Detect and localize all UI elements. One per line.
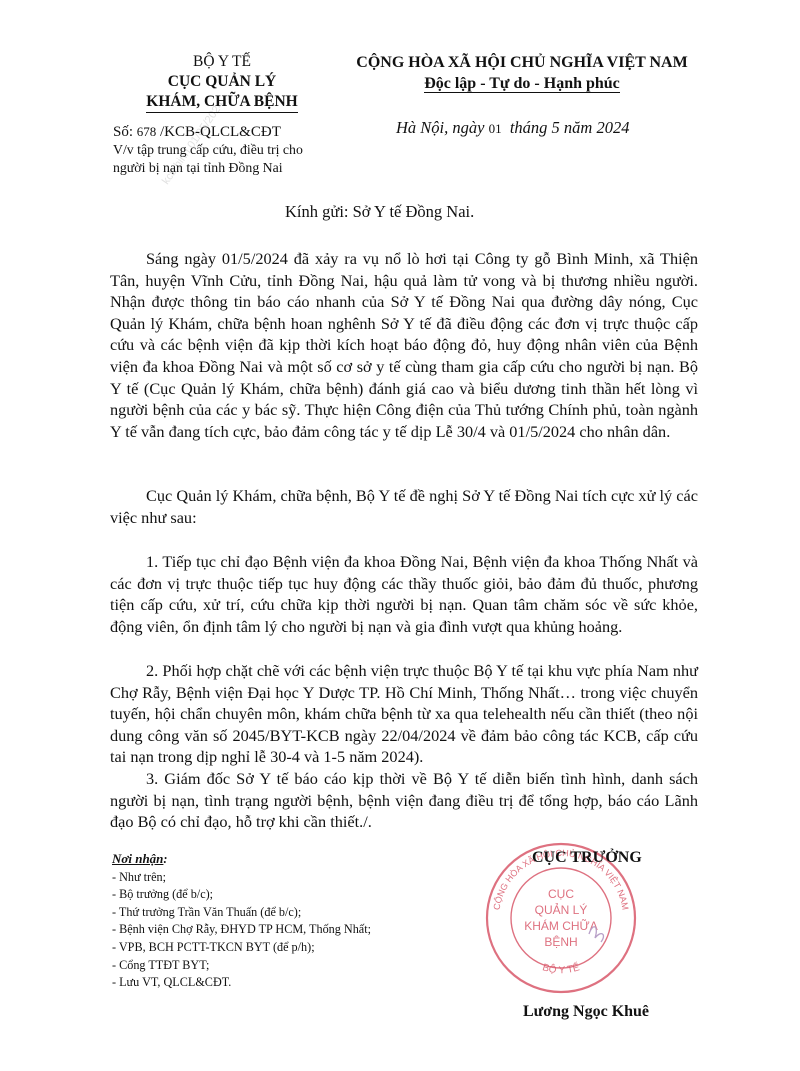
issuer-block: BỘ Y TẾ CỤC QUẢN LÝ KHÁM, CHỮA BỆNH: [108, 52, 336, 113]
document-date: Hà Nội, ngày 01 tháng 5 năm 2024: [396, 118, 629, 138]
signer-title: CỤC TRƯỞNG: [532, 849, 642, 867]
signer-name: Lương Ngọc Khuê: [523, 1003, 649, 1021]
svg-text:QUẢN LÝ: QUẢN LÝ: [535, 902, 588, 917]
body-paragraph-2: Cục Quản lý Khám, chữa bệnh, Bộ Y tế đề …: [110, 485, 698, 528]
body-item-2: 2. Phối hợp chặt chẽ với các bệnh viện t…: [110, 660, 698, 768]
distribution-item: - Bộ trưởng (để b/c);: [112, 886, 472, 904]
nation-name: CỘNG HÒA XÃ HỘI CHỦ NGHĨA VIỆT NAM: [352, 52, 692, 73]
document-number: Số: 678 /KCB-QLCL&CĐT: [113, 122, 281, 142]
body-item-1: 1. Tiếp tục chỉ đạo Bệnh viện đa khoa Đồ…: [110, 551, 698, 637]
distribution-item: - Thứ trưởng Trần Văn Thuấn (để b/c);: [112, 904, 472, 922]
department-line1: CỤC QUẢN LÝ: [108, 72, 336, 92]
number-value: 678: [137, 124, 157, 139]
distribution-item: - VPB, BCH PCTT-TKCN BYT (để p/h);: [112, 939, 472, 957]
svg-text:BỆNH: BỆNH: [544, 934, 577, 949]
svg-text:CỤC: CỤC: [548, 887, 574, 901]
motto: Độc lập - Tự do - Hạnh phúc: [424, 75, 620, 93]
svg-text:KHÁM CHỮA: KHÁM CHỮA: [524, 918, 598, 933]
document-subject: V/v tập trung cấp cứu, điều trị cho ngườ…: [113, 141, 353, 177]
distribution-title: Nơi nhận: [112, 851, 163, 866]
svg-text:BỘ Y TẾ: BỘ Y TẾ: [541, 960, 581, 976]
department-line2: KHÁM, CHỮA BỆNH: [146, 92, 297, 113]
distribution-item: - Như trên;: [112, 869, 472, 887]
date-day: 01: [489, 121, 502, 136]
body-paragraph-1: Sáng ngày 01/5/2024 đã xảy ra vụ nổ lò h…: [110, 248, 698, 442]
recipient-line: Kính gửi: Sở Y tế Đồng Nai.: [285, 202, 474, 222]
distribution-list: Nơi nhận: - Như trên; - Bộ trưởng (để b/…: [112, 850, 472, 992]
distribution-item: - Cổng TTĐT BYT;: [112, 957, 472, 975]
national-header: CỘNG HÒA XÃ HỘI CHỦ NGHĨA VIỆT NAM Độc l…: [352, 52, 692, 94]
distribution-item: - Bệnh viện Chợ Rẫy, ĐHYD TP HCM, Thống …: [112, 921, 472, 939]
body-item-3: 3. Giám đốc Sở Y tế báo cáo kịp thời về …: [110, 768, 698, 833]
distribution-item: - Lưu VT, QLCL&CĐT.: [112, 974, 472, 992]
ministry-name: BỘ Y TẾ: [108, 52, 336, 72]
